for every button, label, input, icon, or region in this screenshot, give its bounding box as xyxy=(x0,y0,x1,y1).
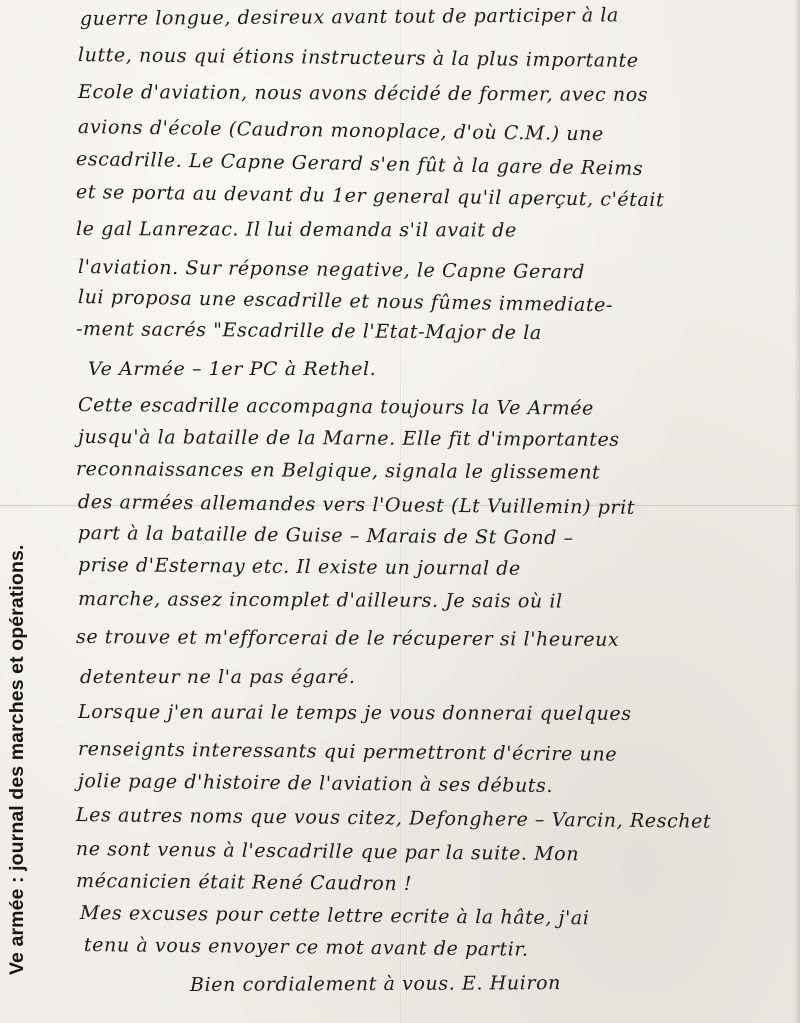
handwritten-line: lui proposa une escadrille et nous fûmes… xyxy=(78,286,613,316)
handwritten-line: guerre longue, desireux avant tout de pa… xyxy=(80,4,619,30)
handwritten-line: Ve Armée – 1er PC à Rethel. xyxy=(88,358,376,380)
handwritten-line: se trouve et m'efforcerai de le récupere… xyxy=(76,626,619,651)
handwritten-line: -ment sacrés "Escadrille de l'Etat-Major… xyxy=(76,318,542,344)
page-edge-shadow xyxy=(794,0,800,1023)
handwritten-line: l'aviation. Sur réponse negative, le Cap… xyxy=(78,256,585,283)
handwritten-line: tenu à vous envoyer ce mot avant de part… xyxy=(84,934,529,961)
handwritten-line: marche, assez incomplet d'ailleurs. Je s… xyxy=(78,588,563,613)
handwritten-line: reconnaissances en Belgique, signala le … xyxy=(76,458,600,484)
handwritten-line: detenteur ne l'a pas égaré. xyxy=(80,666,356,688)
side-caption: Ve armée : journal des marches et opérat… xyxy=(6,545,29,975)
handwritten-line: lutte, nous qui étions instructeurs à la… xyxy=(78,44,639,72)
handwritten-line: avions d'école (Caudron monoplace, d'où … xyxy=(78,116,604,145)
handwritten-line: et se porta au devant du 1er general qu'… xyxy=(76,181,665,211)
handwritten-line: Mes excuses pour cette lettre ecrite à l… xyxy=(80,902,590,929)
handwritten-line: prise d'Esternay etc. Il existe un journ… xyxy=(78,554,521,580)
handwritten-line: jolie page d'histoire de l'aviation à se… xyxy=(78,770,553,797)
handwritten-line: Cette escadrille accompagna toujours la … xyxy=(78,394,594,420)
handwritten-line: part à la bataille de Guise – Marais de … xyxy=(78,522,574,549)
handwritten-line: Les autres noms que vous citez, Defonghe… xyxy=(76,804,711,833)
handwritten-line: Lorsque j'en aurai le temps je vous donn… xyxy=(78,701,632,725)
handwritten-line: des armées allemandes vers l'Ouest (Lt V… xyxy=(78,491,635,519)
handwritten-line: escadrille. Le Capne Gerard s'en fût à l… xyxy=(76,148,644,180)
handwritten-line: jusqu'à la bataille de la Marne. Elle fi… xyxy=(78,426,620,451)
handwritten-line: mécanicien était René Caudron ! xyxy=(76,870,412,895)
handwritten-line: ne sont venus à l'escadrille que par la … xyxy=(76,838,579,865)
handwritten-line: renseignts interessants qui permettront … xyxy=(78,738,617,766)
letter-body: guerre longue, desireux avant tout de pa… xyxy=(70,0,790,1023)
handwritten-line: Bien cordialement à vous. E. Huiron xyxy=(190,972,561,996)
handwritten-line: le gal Lanrezac. Il lui demanda s'il ava… xyxy=(76,218,517,242)
letter-page: Ve armée : journal des marches et opérat… xyxy=(0,0,800,1023)
handwritten-line: Ecole d'aviation, nous avons décidé de f… xyxy=(78,81,648,106)
